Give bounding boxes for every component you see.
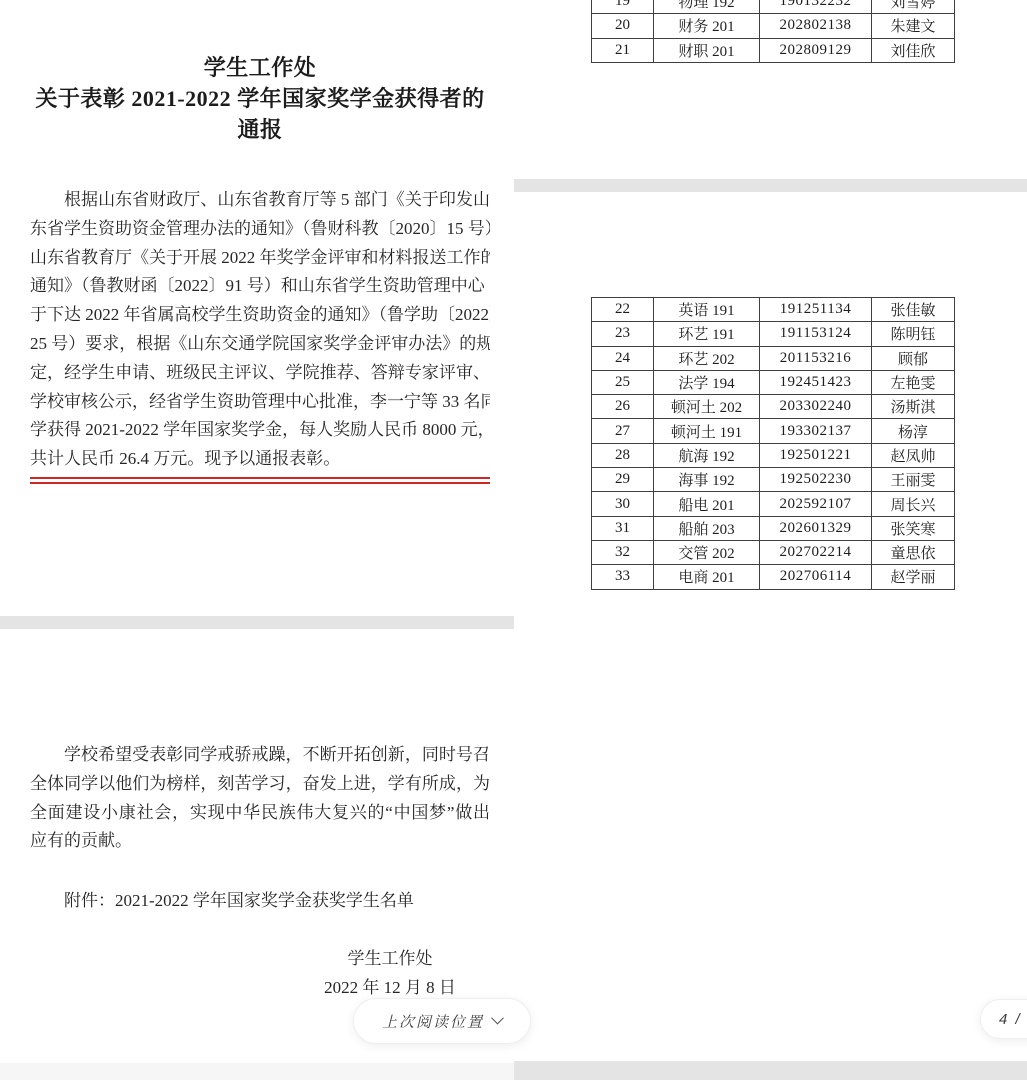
table-row: 27顿河土 191193302137杨淳	[592, 419, 955, 443]
table-row: 24环艺 202201153216顾郁	[592, 346, 955, 370]
table-cell: 201153216	[760, 346, 872, 370]
last-read-label: 上次阅读位置	[382, 1011, 484, 1032]
table-cell: 电商 201	[654, 565, 760, 589]
attachment-line: 附件：2021-2022 学年国家奖学金获奖学生名单	[30, 886, 490, 915]
table-cell: 192502230	[760, 468, 872, 492]
table-row: 29海事 192192502230王丽雯	[592, 468, 955, 492]
table-cell: 193302137	[760, 419, 872, 443]
table-cell: 202702214	[760, 540, 872, 564]
table-row: 23环艺 191191153124陈明钰	[592, 322, 955, 346]
table-cell: 赵学丽	[872, 565, 955, 589]
scholarship-table-rows-22-33: 22英语 191191251134张佳敏23环艺 191191153124陈明钰…	[591, 297, 955, 590]
signature-department: 学生工作处	[280, 944, 500, 973]
text-line: 25 号）要求，根据《山东交通学院国家奖学金评审办法》的规	[30, 330, 490, 359]
table-row: 21财职 201202809129刘佳欣	[592, 38, 955, 62]
text-line: 学校审核公示，经省学生资助管理中心批准，李一宁等 33 名同	[30, 388, 490, 417]
text-line: 学获得 2021-2022 学年国家奖学金，每人奖励人民币 8000 元，	[30, 416, 490, 445]
table-cell: 27	[592, 419, 654, 443]
table-cell: 29	[592, 468, 654, 492]
closing-paragraph: 学校希望受表彰同学戒骄戒躁，不断开拓创新，同时号召全体同学以他们为榜样，刻苦学习…	[30, 741, 490, 856]
text-line: 通报	[30, 114, 490, 145]
table-row: 32交管 202202702214童思依	[592, 540, 955, 564]
page-indicator: 4 /	[980, 999, 1027, 1039]
reader-canvas: 学生工作处关于表彰 2021-2022 学年国家奖学金获得者的通报 根据山东省财…	[0, 0, 1027, 1080]
document-page-4: 22英语 191191251134张佳敏23环艺 191191153124陈明钰…	[514, 192, 1027, 1061]
text-line: 应有的贡献。	[30, 827, 490, 856]
page-gap-band	[0, 616, 514, 629]
page-indicator-text: 4 /	[999, 1011, 1022, 1028]
table-cell: 英语 191	[654, 298, 760, 322]
table-cell: 船电 201	[654, 492, 760, 516]
table-row: 22英语 191191251134张佳敏	[592, 298, 955, 322]
text-line: 关于表彰 2021-2022 学年国家奖学金获得者的	[30, 83, 490, 114]
table-cell: 23	[592, 322, 654, 346]
table-cell: 22	[592, 298, 654, 322]
document-page-1: 学生工作处关于表彰 2021-2022 学年国家奖学金获得者的通报 根据山东省财…	[0, 0, 514, 616]
table-cell: 202706114	[760, 565, 872, 589]
table-row: 30船电 201202592107周长兴	[592, 492, 955, 516]
table-cell: 顾郁	[872, 346, 955, 370]
table-cell: 张笑寒	[872, 516, 955, 540]
table-row: 19物理 192190132232刘雪婷	[592, 0, 955, 14]
text-line: 全体同学以他们为榜样，刻苦学习，奋发上进，学有所成，为	[30, 770, 490, 799]
table-cell: 203302240	[760, 395, 872, 419]
table-cell: 192451423	[760, 370, 872, 394]
table-cell: 26	[592, 395, 654, 419]
table-cell: 191251134	[760, 298, 872, 322]
table-cell: 33	[592, 565, 654, 589]
table-cell: 汤斯淇	[872, 395, 955, 419]
table-cell: 21	[592, 38, 654, 62]
text-line: 通知》（鲁教财函〔2022〕91 号）和山东省学生资助管理中心《关	[30, 272, 490, 301]
table-cell: 左艳雯	[872, 370, 955, 394]
chevron-down-icon	[491, 1011, 504, 1024]
table-cell: 陈明钰	[872, 322, 955, 346]
table-cell: 202601329	[760, 516, 872, 540]
page-gap-band-bottom	[0, 1063, 514, 1080]
text-line: 东省学生资助资金管理办法的通知》（鲁财科教〔2020〕15 号）、	[30, 215, 490, 244]
table-cell: 顿河土 202	[654, 395, 760, 419]
table-cell: 202802138	[760, 14, 872, 38]
table-cell: 刘佳欣	[872, 38, 955, 62]
table-row: 33电商 201202706114赵学丽	[592, 565, 955, 589]
table-cell: 王丽雯	[872, 468, 955, 492]
table-row: 28航海 192192501221赵凤帅	[592, 443, 955, 467]
table-cell: 环艺 191	[654, 322, 760, 346]
text-line: 根据山东省财政厅、山东省教育厅等 5 部门《关于印发山	[30, 186, 490, 215]
signature-block: 学生工作处 2022 年 12 月 8 日	[280, 944, 500, 1002]
table-cell: 航海 192	[654, 443, 760, 467]
table-cell: 20	[592, 14, 654, 38]
table-row: 26顿河土 202203302240汤斯淇	[592, 395, 955, 419]
text-line: 于下达 2022 年省属高校学生资助资金的通知》（鲁学助〔2022〕	[30, 301, 490, 330]
table-cell: 刘雪婷	[872, 0, 955, 14]
red-double-divider	[30, 477, 490, 484]
table-cell: 28	[592, 443, 654, 467]
table-cell: 202592107	[760, 492, 872, 516]
table-cell: 海事 192	[654, 468, 760, 492]
text-line: 山东省教育厅《关于开展 2022 年奖学金评审和材料报送工作的	[30, 244, 490, 273]
table-cell: 25	[592, 370, 654, 394]
table-cell: 张佳敏	[872, 298, 955, 322]
table-row: 20财务 201202802138朱建文	[592, 14, 955, 38]
table-cell: 朱建文	[872, 14, 955, 38]
table-cell: 192501221	[760, 443, 872, 467]
table-cell: 环艺 202	[654, 346, 760, 370]
text-line: 全面建设小康社会，实现中华民族伟大复兴的“中国梦”做出	[30, 799, 490, 828]
document-title: 学生工作处关于表彰 2021-2022 学年国家奖学金获得者的通报	[30, 52, 490, 145]
text-line: 学生工作处	[30, 52, 490, 83]
document-page-3-bottom: 19物理 192190132232刘雪婷20财务 201202802138朱建文…	[514, 0, 1027, 179]
table-cell: 交管 202	[654, 540, 760, 564]
last-read-position-button[interactable]: 上次阅读位置	[353, 998, 531, 1044]
text-line: 学校希望受表彰同学戒骄戒躁，不断开拓创新，同时号召	[30, 741, 490, 770]
table-cell: 童思依	[872, 540, 955, 564]
text-line: 共计人民币 26.4 万元。现予以通报表彰。	[30, 445, 490, 474]
table-cell: 31	[592, 516, 654, 540]
table-row: 25法学 194192451423左艳雯	[592, 370, 955, 394]
table-cell: 30	[592, 492, 654, 516]
table-cell: 19	[592, 0, 654, 14]
notice-body-paragraph: 根据山东省财政厅、山东省教育厅等 5 部门《关于印发山东省学生资助资金管理办法的…	[30, 186, 490, 474]
page-gap-band	[514, 179, 1027, 192]
table-cell: 191153124	[760, 322, 872, 346]
table-cell: 202809129	[760, 38, 872, 62]
table-cell: 财职 201	[654, 38, 760, 62]
table-cell: 法学 194	[654, 370, 760, 394]
table-cell: 周长兴	[872, 492, 955, 516]
table-cell: 船舶 203	[654, 516, 760, 540]
table-cell: 赵凤帅	[872, 443, 955, 467]
table-cell: 物理 192	[654, 0, 760, 14]
table-cell: 32	[592, 540, 654, 564]
page-gap-band-bottom	[514, 1061, 1027, 1080]
table-cell: 杨淳	[872, 419, 955, 443]
table-clip-region: 19物理 192190132232刘雪婷20财务 201202802138朱建文…	[514, 0, 1027, 63]
table-row: 31船舶 203202601329张笑寒	[592, 516, 955, 540]
right-page-column: 19物理 192190132232刘雪婷20财务 201202802138朱建文…	[514, 0, 1027, 1080]
scholarship-table-rows-19-21: 19物理 192190132232刘雪婷20财务 201202802138朱建文…	[591, 0, 955, 63]
table-cell: 顿河土 191	[654, 419, 760, 443]
table-cell: 24	[592, 346, 654, 370]
table-cell: 财务 201	[654, 14, 760, 38]
left-page-column: 学生工作处关于表彰 2021-2022 学年国家奖学金获得者的通报 根据山东省财…	[0, 0, 514, 1080]
text-line: 定，经学生申请、班级民主评议、学院推荐、答辩专家评审、	[30, 359, 490, 388]
table-cell: 190132232	[760, 0, 872, 14]
